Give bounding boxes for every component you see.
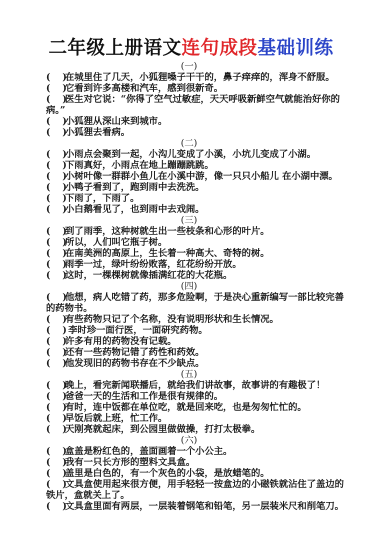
title-part-topic: 连句成段 <box>181 38 257 59</box>
order-answer-blank[interactable]: () <box>46 457 65 468</box>
sentence-item: ()还有一些药物记错了药性和药效。 <box>46 347 346 358</box>
sentence-text: 小雨点会聚到一起，小沟儿变成了小溪，小坑儿变成了小湖。 <box>65 149 316 160</box>
sentence-continuation: 病。” <box>46 105 346 116</box>
order-answer-blank[interactable]: () <box>46 336 65 347</box>
sentence-item: ()我有一只长方形的塑料文具盒。 <box>46 457 346 468</box>
section-heading: (一) <box>46 61 346 72</box>
sentence-item: ()下雨真好，小雨点在地上蹦蹦跳跳。 <box>46 160 346 171</box>
sentence-text: 小狐狸从深山来到城市。 <box>65 116 167 127</box>
bracket-open: ( <box>46 424 50 435</box>
section-heading: (五) <box>46 369 346 380</box>
order-answer-blank[interactable]: () <box>46 402 65 413</box>
sentence-item: ()文具盒里面有两层，一层装着钢笔和铅笔，另一层装米尺和削笔刀。 <box>46 501 346 512</box>
sentence-item: ()小雨点会聚到一起，小沟儿变成了小溪，小坑儿变成了小湖。 <box>46 149 346 160</box>
sentence-text: 小树叶像一群群小鱼儿在小溪中游，像一只只小船儿 在小湖中漂。 <box>65 171 338 182</box>
bracket-open: ( <box>46 468 50 479</box>
order-answer-blank[interactable]: () <box>46 325 65 336</box>
sentence-item: ()在城里住了几天，小狐狸嗓子干干的，鼻子痒痒的，浑身不舒服。 <box>46 72 346 83</box>
sentence-text: 在南美洲的高原上，生长着一种高大、奇特的树。 <box>65 248 270 259</box>
sentence-item: ()所以，人们叫它瓶子树。 <box>46 237 346 248</box>
order-answer-blank[interactable]: () <box>46 83 65 94</box>
order-answer-blank[interactable]: () <box>46 149 65 160</box>
title-part-type: 基础训练 <box>258 38 334 59</box>
sentence-item: ()到了雨季，这种树就生出一些枝条和心形的叶片。 <box>46 226 346 237</box>
sentence-text: 到了雨季，这种树就生出一些枝条和心形的叶片。 <box>65 226 270 237</box>
order-answer-blank[interactable]: () <box>46 314 65 325</box>
sentence-item: ()许多有用的药物没有记载。 <box>46 336 346 347</box>
sentence-item: ()他发现旧的药物书存在不少缺点。 <box>46 358 346 369</box>
bracket-open: ( <box>46 270 50 281</box>
bracket-open: ( <box>46 72 50 83</box>
sentence-continuation: 的药物书。 <box>46 303 346 314</box>
bracket-open: ( <box>46 259 50 270</box>
bracket-open: ( <box>46 336 50 347</box>
sentence-text: 盒盖是粉红色的，盖面画着一个小公主。 <box>65 446 232 457</box>
sentence-text: 许多有用的药物没有记载。 <box>65 336 177 347</box>
sentence-text: 还有一些药物记错了药性和药效。 <box>65 347 204 358</box>
sentence-item: ()小白鹅看见了，也到雨中去戏闹。 <box>46 204 346 215</box>
sentence-text: 下雨了，下雨了。 <box>65 193 139 204</box>
order-answer-blank[interactable]: () <box>46 94 65 105</box>
bracket-open: ( <box>46 237 50 248</box>
sentence-item: ()盖里是白色的，有一个灰色的小袋，是放蜡笔的。 <box>46 468 346 479</box>
sentence-text: 雨季一过，绿叶纷纷败落，红花纷纷开放。 <box>65 259 242 270</box>
order-answer-blank[interactable]: () <box>46 413 65 424</box>
sentence-item: () 李时珍一面行医，一面研究药物。 <box>46 325 346 336</box>
sentence-item: ()盒盖是粉红色的，盖面画着一个小公主。 <box>46 446 346 457</box>
order-answer-blank[interactable]: () <box>46 391 65 402</box>
sentence-item: ()雨季一过，绿叶纷纷败落，红花纷纷开放。 <box>46 259 346 270</box>
sentence-item: ()小鸭子看到了，跑到雨中去洗洗。 <box>46 182 346 193</box>
sentence-text: 李时珍一面行医，一面研究药物。 <box>65 325 208 336</box>
section-heading: (三) <box>46 215 346 226</box>
order-answer-blank[interactable]: () <box>46 182 65 193</box>
order-answer-blank[interactable]: () <box>46 248 65 259</box>
sentence-text: 有时，连中饭都在单位吃，就是回来吃，也是匆匆忙忙的。 <box>65 402 307 413</box>
order-answer-blank[interactable]: () <box>46 226 65 237</box>
sentence-item: ()早饭后就上班，忙工作。 <box>46 413 346 424</box>
bracket-open: ( <box>46 479 50 490</box>
sentence-text: 爸爸一天的生活和工作是很有规律的。 <box>65 391 223 402</box>
sentence-text: 他发现旧的药物书存在不少缺点。 <box>65 358 204 369</box>
order-answer-blank[interactable]: () <box>46 204 65 215</box>
order-answer-blank[interactable]: () <box>46 171 65 182</box>
bracket-open: ( <box>46 193 50 204</box>
sentence-item: ()有时，连中饭都在单位吃，就是回来吃，也是匆匆忙忙的。 <box>46 402 346 413</box>
sentence-item: ()爸爸一天的生活和工作是很有规律的。 <box>46 391 346 402</box>
bracket-open: ( <box>46 248 50 259</box>
sentence-text: 我有一只长方形的塑料文具盒。 <box>65 457 195 468</box>
bracket-open: ( <box>46 160 50 171</box>
bracket-open: ( <box>46 83 50 94</box>
sentence-text: 小白鹅看见了，也到雨中去戏闹。 <box>65 204 204 215</box>
order-answer-blank[interactable]: () <box>46 116 65 127</box>
sentence-item: ()下雨了，下雨了。 <box>46 193 346 204</box>
sentence-item: ()小狐狸从深山来到城市。 <box>46 116 346 127</box>
section-heading: (六) <box>46 435 346 446</box>
sentence-text: 他想，病人吃错了药，那多危险啊，于是决心重新编写一部比较完善 <box>65 292 344 303</box>
sentence-item: ()在南美洲的高原上，生长着一种高大、奇特的树。 <box>46 248 346 259</box>
sentence-item: ()医生对它说：“你得了空气过敏症，天天呼吸新鲜空气就能治好你的 <box>46 94 346 105</box>
exercise-content: (一)()在城里住了几天，小狐狸嗓子干干的，鼻子痒痒的，浑身不舒服。()它看到许… <box>46 61 346 512</box>
bracket-open: ( <box>46 127 50 138</box>
sentence-item: ()有些药物只记了个名称，没有说明形状和生长情况。 <box>46 314 346 325</box>
order-answer-blank[interactable]: () <box>46 72 65 83</box>
order-answer-blank[interactable]: () <box>46 380 65 391</box>
sentence-text: 晚上，看完新闻联播后，就给我们讲故事，故事讲的有趣极了！ <box>65 380 325 391</box>
bracket-open: ( <box>46 457 50 468</box>
sentence-text: 医生对它说：“你得了空气过敏症，天天呼吸新鲜空气就能治好你的 <box>65 94 340 105</box>
bracket-open: ( <box>46 292 50 303</box>
section-heading: (二) <box>46 138 346 149</box>
order-answer-blank[interactable]: () <box>46 358 65 369</box>
page-title: 二年级上册语文连句成段基础训练 <box>0 38 382 60</box>
order-answer-blank[interactable]: () <box>46 270 65 281</box>
order-answer-blank[interactable]: () <box>46 424 65 435</box>
sentence-text: 这时，一棵棵树就像插满红花的大花瓶。 <box>65 270 232 281</box>
bracket-open: ( <box>46 402 50 413</box>
bracket-open: ( <box>46 149 50 160</box>
order-answer-blank[interactable]: () <box>46 259 65 270</box>
sentence-text: 天刚亮就起床，到公园里做做操，打打太极拳。 <box>65 424 260 435</box>
sentence-text: 小狐狸去看病。 <box>65 127 130 138</box>
bracket-open: ( <box>46 182 50 193</box>
sentence-item: ()文具盒使用起来很方便，用手轻轻一按盒边的小磁铁就沾住了盖边的 <box>46 479 346 490</box>
sentence-text: 文具盒里面有两层，一层装着钢笔和铅笔，另一层装米尺和削笔刀。 <box>65 501 344 512</box>
bracket-open: ( <box>46 171 50 182</box>
sentence-item: ()它看到许多高楼和汽车，感到很新奇。 <box>46 83 346 94</box>
order-answer-blank[interactable]: () <box>46 446 65 457</box>
sentence-text: 文具盒使用起来很方便，用手轻轻一按盒边的小磁铁就沾住了盖边的 <box>65 479 344 490</box>
sentence-text: 下雨真好，小雨点在地上蹦蹦跳跳。 <box>65 160 214 171</box>
order-answer-blank[interactable]: () <box>46 468 65 479</box>
section-heading: (四) <box>46 281 346 292</box>
bracket-open: ( <box>46 325 50 336</box>
order-answer-blank[interactable]: () <box>46 347 65 358</box>
bracket-open: ( <box>46 391 50 402</box>
bracket-open: ( <box>46 501 50 512</box>
sentence-item: ()晚上，看完新闻联播后，就给我们讲故事，故事讲的有趣极了！ <box>46 380 346 391</box>
order-answer-blank[interactable]: () <box>46 292 65 303</box>
bracket-open: ( <box>46 204 50 215</box>
order-answer-blank[interactable]: () <box>46 501 65 512</box>
sentence-text: 早饭后就上班，忙工作。 <box>65 413 167 424</box>
bracket-open: ( <box>46 226 50 237</box>
bracket-open: ( <box>46 347 50 358</box>
bracket-open: ( <box>46 116 50 127</box>
sentence-item: ()天刚亮就起床，到公园里做做操，打打太极拳。 <box>46 424 346 435</box>
bracket-open: ( <box>46 94 50 105</box>
sentence-text: 有些药物只记了个名称，没有说明形状和生长情况。 <box>65 314 279 325</box>
order-answer-blank[interactable]: () <box>46 479 65 490</box>
bracket-open: ( <box>46 380 50 391</box>
sentence-text: 在城里住了几天，小狐狸嗓子干干的，鼻子痒痒的，浑身不舒服。 <box>65 72 335 83</box>
bracket-open: ( <box>46 358 50 369</box>
sentence-item: ()小狐狸去看病。 <box>46 127 346 138</box>
sentence-continuation: 铁片，盒就关上了。 <box>46 490 346 501</box>
sentence-item: ()他想，病人吃错了药，那多危险啊，于是决心重新编写一部比较完善 <box>46 292 346 303</box>
order-answer-blank[interactable]: () <box>46 160 65 171</box>
sentence-text: 它看到许多高楼和汽车，感到很新奇。 <box>65 83 223 94</box>
order-answer-blank[interactable]: () <box>46 127 65 138</box>
sentence-text: 盖里是白色的，有一个灰色的小袋，是放蜡笔的。 <box>65 468 270 479</box>
sentence-text: 小鸭子看到了，跑到雨中去洗洗。 <box>65 182 204 193</box>
sentence-text: 所以，人们叫它瓶子树。 <box>65 237 167 248</box>
title-part-grade: 二年级上册语文 <box>48 38 181 59</box>
sentence-item: ()这时，一棵棵树就像插满红花的大花瓶。 <box>46 270 346 281</box>
order-answer-blank[interactable]: () <box>46 237 65 248</box>
bracket-open: ( <box>46 413 50 424</box>
order-answer-blank[interactable]: () <box>46 193 65 204</box>
sentence-item: ()小树叶像一群群小鱼儿在小溪中游，像一只只小船儿 在小湖中漂。 <box>46 171 346 182</box>
bracket-open: ( <box>46 446 50 457</box>
bracket-open: ( <box>46 314 50 325</box>
